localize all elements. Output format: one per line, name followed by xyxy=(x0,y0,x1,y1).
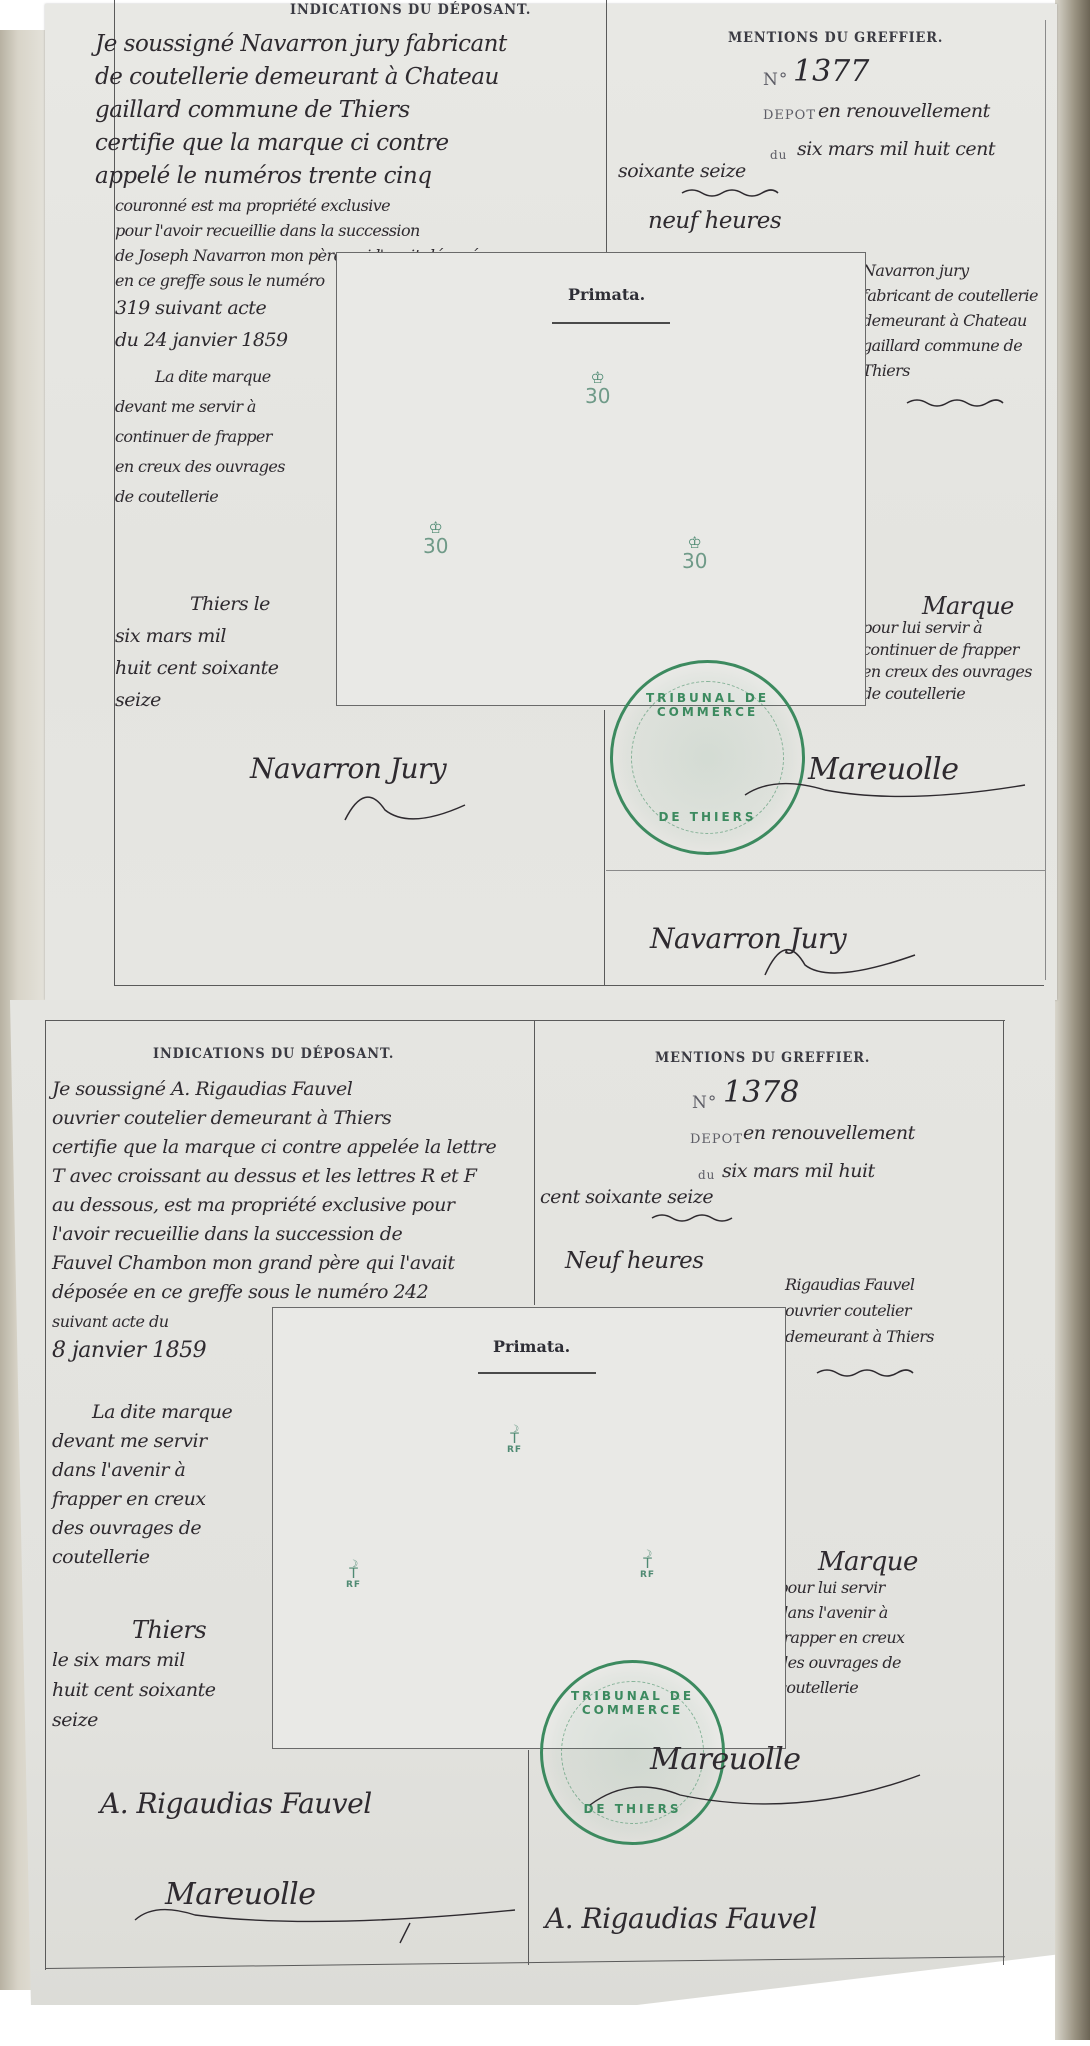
decl-line: 319 suivant acte xyxy=(115,292,288,324)
p1-crown-mark-left: ♔ 30 xyxy=(423,520,448,556)
p1-registrar-mark-note: Marque pour lui servir à continuer de fr… xyxy=(862,595,1032,705)
p1-primata-underline xyxy=(552,322,670,324)
place-line: huit cent soixante xyxy=(52,1675,215,1705)
p2-flourish-1 xyxy=(650,1210,740,1224)
place-line: Thiers le xyxy=(115,588,278,620)
decl-line: Fauvel Chambon mon grand père qui l'avai… xyxy=(52,1249,496,1278)
p1-declaration: Je soussigné Navarron jury fabricant de … xyxy=(95,28,507,193)
decl-line: Je soussigné A. Rigaudias Fauvel xyxy=(52,1075,496,1104)
usage-line: continuer de frapper xyxy=(115,422,285,452)
p1-right-border xyxy=(1045,20,1046,980)
p2-header-depositor: INDICATIONS DU DÉPOSANT. xyxy=(153,1046,394,1062)
p2-top-border xyxy=(45,1020,1005,1021)
p1-date-text: six mars mil huit cent xyxy=(797,140,995,159)
p1-number-label: N° xyxy=(763,70,788,90)
usage-line: La dite marque xyxy=(115,362,285,392)
side-line: gaillard commune de xyxy=(862,333,1038,358)
p1-column-divider-top xyxy=(606,0,607,255)
p2-registrar-side: Rigaudias Fauvel ouvrier coutelier demeu… xyxy=(785,1272,934,1350)
p1-flourish-1 xyxy=(680,185,780,199)
decl-line: pour l'avoir recueillie dans la successi… xyxy=(115,218,478,243)
p2-date-continued: cent soixante seize xyxy=(540,1188,713,1207)
mark-line: pour lui servir à xyxy=(862,617,1032,639)
p2-primata-title: Primata. xyxy=(493,1337,570,1356)
p1-column-divider-bottom xyxy=(604,710,605,985)
p1-usage: La dite marque devant me servir à contin… xyxy=(115,362,285,512)
side-line: demeurant à Thiers xyxy=(785,1324,934,1350)
mark-line: Marque xyxy=(862,595,1032,617)
p2-column-divider-top xyxy=(534,1020,535,1305)
p1-du-label: du xyxy=(770,148,787,162)
p2-registrar-flourish-left xyxy=(130,1895,530,1950)
usage-line: devant me servir à xyxy=(115,392,285,422)
p1-crown-mark-top: ♔ 30 xyxy=(585,370,610,406)
p2-registration-number: 1378 xyxy=(723,1075,799,1110)
mark-line: pour lui servir xyxy=(778,1575,918,1600)
mark-line: en creux des ouvrages xyxy=(862,661,1032,683)
p1-primata-title: Primata. xyxy=(568,285,645,304)
place-line: seize xyxy=(115,684,278,716)
side-line: fabricant de coutellerie xyxy=(862,283,1038,308)
p1-registrar-side: Navarron jury fabricant de coutellerie d… xyxy=(862,258,1038,383)
mark-line: frapper en creux xyxy=(778,1625,918,1650)
p1-signature-flourish-2 xyxy=(755,925,925,980)
p2-depositor-signature-repeat: A. Rigaudias Fauvel xyxy=(545,1905,817,1933)
usage-line: dans l'avenir à xyxy=(52,1456,232,1485)
p2-place-date: Thiers le six mars mil huit cent soixant… xyxy=(52,1615,215,1735)
usage-line: des ouvrages de xyxy=(52,1514,232,1543)
p2-t-mark-left: ☽ T RF xyxy=(346,1560,361,1590)
p2-t-mark-right: ☽ T RF xyxy=(640,1550,655,1580)
place-line: Thiers xyxy=(52,1615,215,1645)
usage-line: frapper en creux xyxy=(52,1485,232,1514)
p1-depot-text: en renouvellement xyxy=(818,102,990,121)
mark-line: Marque xyxy=(778,1550,918,1575)
usage-line: La dite marque xyxy=(52,1398,232,1427)
mark-line: coutellerie xyxy=(778,1675,918,1700)
p1-crown-mark-right: ♔ 30 xyxy=(682,535,707,571)
p2-usage: La dite marque devant me servir dans l'a… xyxy=(52,1398,232,1572)
side-line: Rigaudias Fauvel xyxy=(785,1272,934,1298)
p2-t-mark-top: ☽ T RF xyxy=(507,1425,522,1455)
decl-line: appelé le numéros trente cinq xyxy=(95,160,507,193)
p1-hour: neuf heures xyxy=(648,210,781,233)
p1-signature-rule xyxy=(606,870,1046,871)
p2-depositor-signature: A. Rigaudias Fauvel xyxy=(100,1790,372,1818)
decl-line: au dessous, est ma propriété exclusive p… xyxy=(52,1191,496,1220)
p1-header-registrar: MENTIONS DU GREFFIER. xyxy=(728,30,943,46)
side-line: demeurant à Chateau xyxy=(862,308,1038,333)
p1-flourish-2 xyxy=(905,395,1005,409)
place-line: le six mars mil xyxy=(52,1645,215,1675)
usage-line: de coutellerie xyxy=(115,482,285,512)
book-binding-right xyxy=(1055,0,1090,2040)
p2-registrar-mark-note: Marque pour lui servir dans l'avenir à f… xyxy=(778,1550,918,1700)
mark-line: des ouvrages de xyxy=(778,1650,918,1675)
p1-date-continued: soixante seize xyxy=(618,162,746,181)
p2-depot-text: en renouvellement xyxy=(743,1124,915,1143)
p1-primata-box xyxy=(336,252,866,706)
usage-line: en creux des ouvrages xyxy=(115,452,285,482)
p2-date-text: six mars mil huit xyxy=(722,1162,875,1181)
p1-registration-number: 1377 xyxy=(793,54,869,89)
p2-hour: Neuf heures xyxy=(565,1250,704,1273)
p1-depot-label: DEPOT xyxy=(763,108,816,123)
p2-primata-underline xyxy=(478,1372,596,1374)
decl-line: l'avoir recueillie dans la succession de xyxy=(52,1220,496,1249)
p2-flourish-2 xyxy=(815,1365,915,1379)
p2-right-border xyxy=(1003,1020,1004,1965)
mark-line: continuer de frapper xyxy=(862,639,1032,661)
mark-line: dans l'avenir à xyxy=(778,1600,918,1625)
decl-line: gaillard commune de Thiers xyxy=(95,94,507,127)
decl-line: T avec croissant au dessus et les lettre… xyxy=(52,1162,496,1191)
p1-registrar-flourish xyxy=(740,770,1040,810)
side-line: Thiers xyxy=(862,358,1038,383)
usage-line: coutellerie xyxy=(52,1543,232,1572)
usage-line: devant me servir xyxy=(52,1427,232,1456)
p1-declaration-date: 319 suivant acte du 24 janvier 1859 xyxy=(115,292,288,356)
place-line: seize xyxy=(52,1705,215,1735)
decl-line: de coutellerie demeurant à Chateau xyxy=(95,61,507,94)
p1-header-depositor: INDICATIONS DU DÉPOSANT. xyxy=(290,2,531,18)
p2-number-label: N° xyxy=(692,1093,717,1113)
p2-depot-label: DEPOT xyxy=(690,1132,743,1147)
decl-line: déposée en ce greffe sous le numéro 242 xyxy=(52,1278,496,1307)
p1-court-seal: TRIBUNAL DE COMMERCE DE THIERS xyxy=(610,660,805,855)
p2-du-label: du xyxy=(698,1168,715,1182)
decl-line: Je soussigné Navarron jury fabricant xyxy=(95,28,507,61)
decl-line: ouvrier coutelier demeurant à Thiers xyxy=(52,1104,496,1133)
p1-signature-flourish xyxy=(335,775,475,825)
decl-line: du 24 janvier 1859 xyxy=(115,324,288,356)
decl-line: couronné est ma propriété exclusive xyxy=(115,193,478,218)
side-line: ouvrier coutelier xyxy=(785,1298,934,1324)
decl-line: certifie que la marque ci contre xyxy=(95,127,507,160)
p1-place-date: Thiers le six mars mil huit cent soixant… xyxy=(115,588,278,716)
p2-registrar-flourish xyxy=(585,1760,945,1820)
p1-bottom-border xyxy=(114,985,1044,986)
decl-line: certifie que la marque ci contre appelée… xyxy=(52,1133,496,1162)
mark-line: de coutellerie xyxy=(862,683,1032,705)
place-line: huit cent soixante xyxy=(115,652,278,684)
p2-left-border xyxy=(45,1020,46,1970)
place-line: six mars mil xyxy=(115,620,278,652)
side-line: Navarron jury xyxy=(862,258,1038,283)
p2-header-registrar: MENTIONS DU GREFFIER. xyxy=(655,1050,870,1066)
